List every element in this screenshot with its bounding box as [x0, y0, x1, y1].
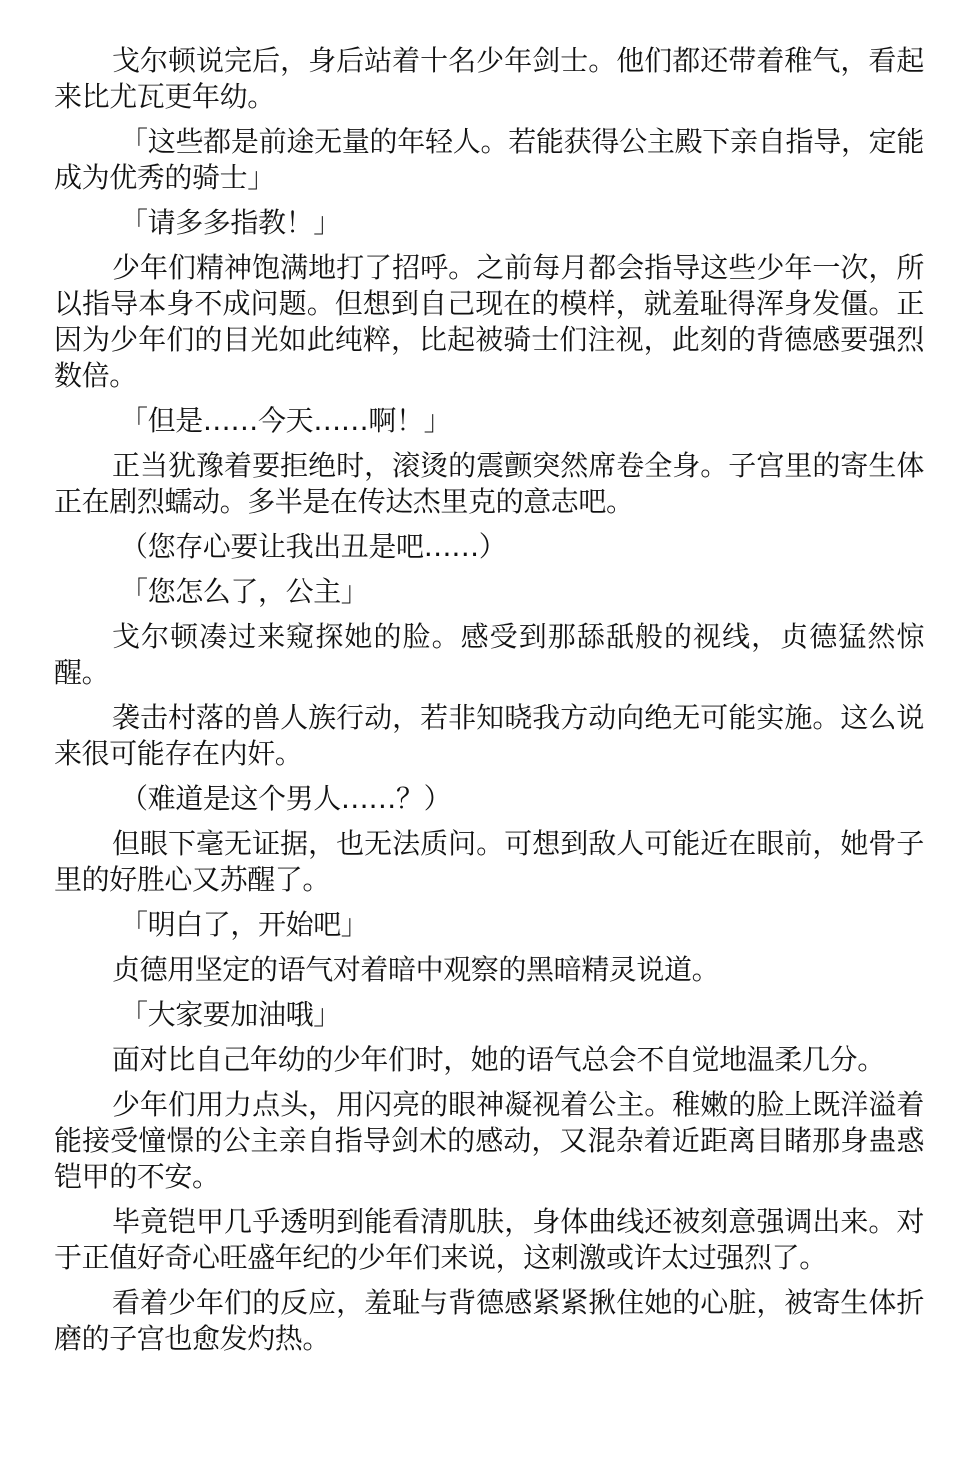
paragraph-dialogue: 「您怎么了，公主」 — [54, 574, 924, 610]
paragraph-narration: 袭击村落的兽人族行动，若非知晓我方动向绝无可能实施。这么说来很可能存在内奸。 — [54, 700, 924, 772]
paragraph-inner-thought: （难道是这个男人……？） — [54, 781, 924, 817]
paragraph-narration: 戈尔顿说完后，身后站着十名少年剑士。他们都还带着稚气，看起来比尤瓦更年幼。 — [54, 43, 924, 115]
paragraph-narration: 毕竟铠甲几乎透明到能看清肌肤，身体曲线还被刻意强调出来。对于正值好奇心旺盛年纪的… — [54, 1204, 924, 1276]
paragraph-dialogue: 「但是……今天……啊！」 — [54, 403, 924, 439]
paragraph-narration: 少年们用力点头，用闪亮的眼神凝视着公主。稚嫩的脸上既洋溢着能接受憧憬的公主亲自指… — [54, 1087, 924, 1195]
paragraph-dialogue: 「大家要加油哦」 — [54, 997, 924, 1033]
paragraph-narration: 面对比自己年幼的少年们时，她的语气总会不自觉地温柔几分。 — [54, 1042, 924, 1078]
document-page: 戈尔顿说完后，身后站着十名少年剑士。他们都还带着稚气，看起来比尤瓦更年幼。 「这… — [54, 43, 924, 1366]
paragraph-dialogue: 「明白了，开始吧」 — [54, 907, 924, 943]
paragraph-narration: 贞德用坚定的语气对着暗中观察的黑暗精灵说道。 — [54, 952, 924, 988]
paragraph-narration: 但眼下毫无证据，也无法质问。可想到敌人可能近在眼前，她骨子里的好胜心又苏醒了。 — [54, 826, 924, 898]
paragraph-narration: 正当犹豫着要拒绝时，滚烫的震颤突然席卷全身。子宫里的寄生体正在剧烈蠕动。多半是在… — [54, 448, 924, 520]
paragraph-dialogue: 「这些都是前途无量的年轻人。若能获得公主殿下亲自指导，定能成为优秀的骑士」 — [54, 124, 924, 196]
paragraph-narration: 看着少年们的反应，羞耻与背德感紧紧揪住她的心脏，被寄生体折磨的子宫也愈发灼热。 — [54, 1285, 924, 1357]
paragraph-narration: 少年们精神饱满地打了招呼。之前每月都会指导这些少年一次，所以指导本身不成问题。但… — [54, 250, 924, 394]
paragraph-dialogue: 「请多多指教！」 — [54, 205, 924, 241]
paragraph-narration: 戈尔顿凑过来窥探她的脸。感受到那舔舐般的视线，贞德猛然惊醒。 — [54, 619, 924, 691]
paragraph-inner-thought: （您存心要让我出丑是吧……） — [54, 529, 924, 565]
